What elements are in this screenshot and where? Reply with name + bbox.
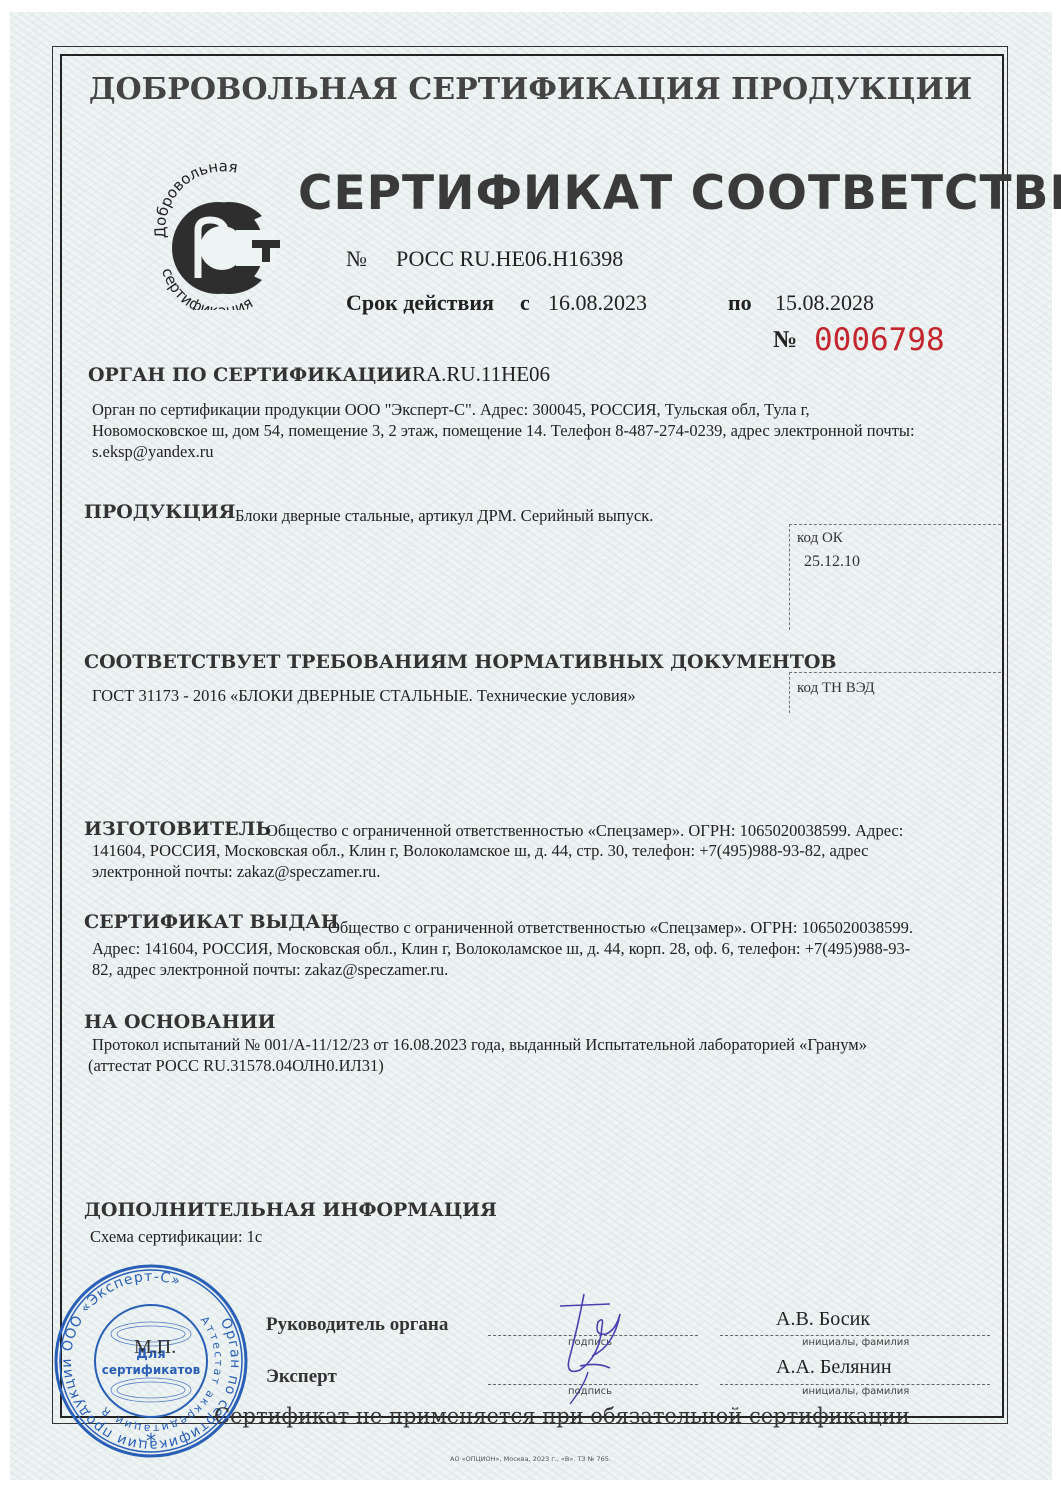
ok-code-label: код ОК xyxy=(797,530,843,547)
basis-heading: НА ОСНОВАНИИ xyxy=(84,1011,276,1033)
expert-name-caption: инициалы, фамилия xyxy=(802,1386,909,1397)
seal-stamp-icon: Орган по сертификации продукции ООО «Экс… xyxy=(52,1262,250,1460)
issued-to-heading: СЕРТИФИКАТ ВЫДАН xyxy=(84,911,339,933)
expert-name-line xyxy=(720,1384,990,1385)
footer-note: Сертификат не применяется при обязательн… xyxy=(214,1404,910,1428)
svg-text:*: * xyxy=(146,1429,156,1453)
validity-to-label: по xyxy=(728,290,752,316)
issued-to-line-1: Общество с ограниченной ответственностью… xyxy=(328,917,913,939)
tnved-code-label: код ТН ВЭД xyxy=(797,680,875,697)
basis-line-2: (аттестат РОСС RU.31578.04ОЛН0.ИЛ31) xyxy=(88,1055,384,1077)
certificate-number: РОСС RU.НЕ06.Н16398 xyxy=(396,246,623,272)
supertitle: ДОБРОВОЛЬНАЯ СЕРТИФИКАЦИЯ ПРОДУКЦИИ xyxy=(0,72,1061,107)
certification-body-line-3: s.eksp@yandex.ru xyxy=(92,441,214,463)
product-description: Блоки дверные стальные, артикул ДРМ. Сер… xyxy=(235,505,653,527)
validity-from-label: с xyxy=(520,290,530,316)
manufacturer-line-1: Общество с ограниченной ответственностью… xyxy=(266,820,903,842)
expert-signature-caption: подпись xyxy=(568,1386,612,1397)
certification-body-line-2: Новомосковское ш, дом 54, помещение 3, 2… xyxy=(92,420,915,442)
basis-line-1: Протокол испытаний № 001/А-11/12/23 от 1… xyxy=(92,1034,867,1056)
certificate-number-label: № xyxy=(346,246,367,272)
certification-scheme: Схема сертификации: 1с xyxy=(90,1226,262,1248)
certification-body-code: RA.RU.11НЕ06 xyxy=(412,362,550,387)
serial-number-label: № xyxy=(773,327,797,354)
compliance-heading: СООТВЕТСТВУЕТ ТРЕБОВАНИЯМ НОРМАТИВНЫХ ДО… xyxy=(84,651,837,673)
certification-body-heading: ОРГАН ПО СЕРТИФИКАЦИИ xyxy=(88,364,412,386)
document-title: СЕРТИФИКАТ СООТВЕТСТВИЯ xyxy=(298,166,1061,221)
head-role-label: Руководитель органа xyxy=(266,1314,448,1336)
product-heading: ПРОДУКЦИЯ xyxy=(84,501,235,523)
expert-signature-line xyxy=(488,1384,698,1385)
seal-place-label: М.П. xyxy=(134,1336,176,1359)
compliance-standard: ГОСТ 31173 - 2016 «БЛОКИ ДВЕРНЫЕ СТАЛЬНЫ… xyxy=(92,685,636,707)
expert-role-label: Эксперт xyxy=(266,1366,337,1388)
issued-to-line-2: Адрес: 141604, РОССИЯ, Московская обл., … xyxy=(92,938,910,960)
additional-info-heading: ДОПОЛНИТЕЛЬНАЯ ИНФОРМАЦИЯ xyxy=(84,1199,497,1221)
printer-info: АО «ОПЦИОН», Москва, 2023 г., «В». ТЗ № … xyxy=(0,1455,1061,1463)
issued-to-line-3: 82, адрес электронной почты: zakaz@specz… xyxy=(92,959,448,981)
manufacturer-heading: ИЗГОТОВИТЕЛЬ xyxy=(84,818,271,840)
validity-label: Срок действия xyxy=(346,290,494,316)
ok-code-value: 25.12.10 xyxy=(804,553,860,571)
valid-from-date: 16.08.2023 xyxy=(548,290,647,316)
head-name-line xyxy=(720,1335,990,1336)
head-name: А.В. Босик xyxy=(776,1308,870,1331)
expert-name: А.А. Белянин xyxy=(776,1356,892,1379)
valid-to-date: 15.08.2028 xyxy=(775,290,874,316)
manufacturer-line-3: электронной почты: zakaz@speczamer.ru. xyxy=(92,861,380,883)
svg-text:сертификатов: сертификатов xyxy=(102,1363,201,1377)
rst-logo-icon: Добровольная сертификация xyxy=(148,160,288,310)
serial-number: 0006798 xyxy=(814,322,945,358)
certification-body-line-1: Орган по сертификации продукции ООО "Экс… xyxy=(92,399,810,421)
manufacturer-line-2: 141604, РОССИЯ, Московская обл., Клин г,… xyxy=(92,840,869,862)
head-name-caption: инициалы, фамилия xyxy=(802,1337,909,1348)
